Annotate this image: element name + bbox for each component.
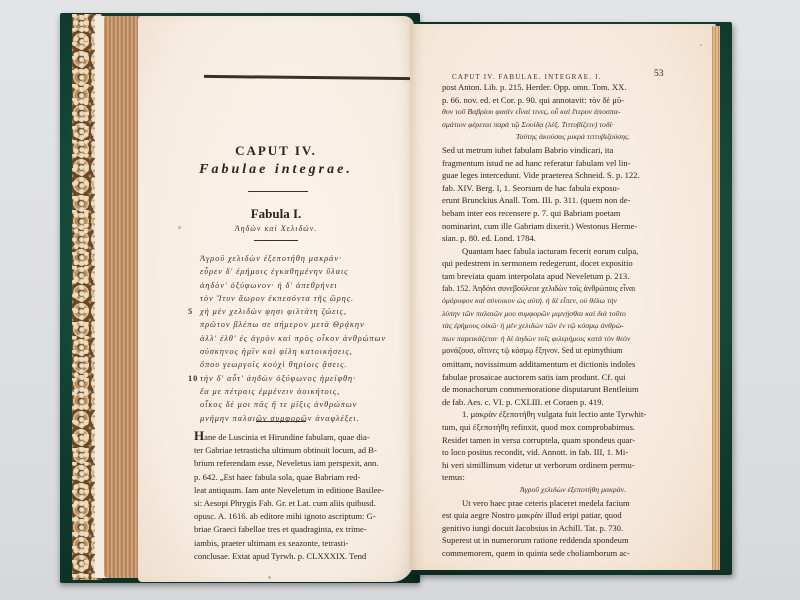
commentary-line: leat antiquum. Iam ante Neveletum in edi… — [194, 484, 414, 497]
poem-text: ἀηδὸν' ὀξύφωνον· ἡ δ' ἀπεθρήνει — [200, 281, 338, 290]
commentary-text: Hane de Luscinia et Hirundine fabulam, q… — [194, 429, 414, 563]
text-line: fab. XIV. Berg. I, 1. Seorsum de hac fab… — [442, 182, 704, 195]
line-number: 5 — [188, 305, 193, 318]
line-number: 10 — [188, 372, 198, 385]
text-line: de fab. Aes. c. VI. p. CXLIII. et Coraen… — [442, 396, 704, 409]
greek-poem: Ἀγροῦ χελιδὼν ἐξεποτήθη μακράν· εὗρεν δ'… — [200, 252, 410, 425]
poem-line: ὅπου γεωργοῖς κοὐχὶ θηρίοις ᾄσεις. — [200, 358, 410, 371]
text-line: Superest ut in numerorum ratione reddend… — [442, 534, 704, 547]
greek-line: λύπην τῶν παλαιῶν μου συμφορῶν μιμνῄσθαι… — [442, 308, 704, 321]
commentary-line: conclusae. Extat apud Tyrwh. p. CLXXXIX.… — [194, 550, 414, 563]
poem-line: μνήμην παλαιῶν συμφορῶν ἀναφλέξει. — [200, 412, 410, 425]
text-line: Ut vero haec prae ceteris placeret medel… — [442, 497, 704, 510]
foxing-spot — [700, 44, 702, 46]
greek-quote-line: Ταύτης ἀκούσας μικρὰ τιττυβιζούσης. — [442, 131, 704, 144]
commentary-line: ter Gabriae tetrasticha ultimum obtinuit… — [194, 444, 414, 457]
poem-text: χἠ μὲν χελιδὼν φησι φιλτάτη ζώεις, — [200, 307, 347, 316]
right-page-body: post Anton. Lib. p. 215. Herder. Opp. om… — [442, 81, 704, 560]
poem-text: τὸν Ἴτυν ἄωρον ἐκπεσόντα τῆς ὥρης. — [200, 294, 354, 303]
commentary-line: Hane de Luscinia et Hirundine fabulam, q… — [194, 429, 414, 444]
poem-line: σύσκηνος ἡμῖν καὶ φίλη κατοικήσεις, — [200, 345, 410, 358]
divider-rule — [254, 240, 298, 241]
poem-line: Ἀγροῦ χελιδὼν ἐξεποτήθη μακράν· — [200, 252, 410, 265]
poem-text: τὴν δ' αὖτ' ἀηδὼν ὀξύφωνος ἠμείφθη· — [200, 374, 356, 383]
poem-text: ὅπου γεωργοῖς κοὐχὶ θηρίοις ᾄσεις. — [200, 360, 347, 369]
text-line: hi veri simillimum videtur ut verborum o… — [442, 459, 704, 472]
text-line: bebam inter eos recensere p. 7. qui Babr… — [442, 207, 704, 220]
divider-rule — [248, 191, 308, 192]
text-line: Residet tamen in versu corruptela, quam … — [442, 434, 704, 447]
commentary-line: opusc. A. 1616. ab editore mihi ignoto a… — [194, 510, 414, 523]
drop-cap: H — [194, 428, 204, 443]
text-line: sian. p. 80. ed. Lond. 1784. — [442, 232, 704, 245]
text-line: fragmentum istud ne ad hanc referatur fa… — [442, 157, 704, 170]
right-page: CAPUT IV. FABULAE. INTEGRAE. I. 53 post … — [410, 24, 716, 570]
poem-line: τὸν Ἴτυν ἄωρον ἐκπεσόντα τῆς ὥρης. — [200, 292, 410, 305]
greek-line: ὁμόροφον καὶ σύνοικον ὡς αὐτή. ἡ δὲ εἶπε… — [442, 295, 704, 308]
text-line: temus: — [442, 471, 704, 484]
text-line: qui pedestrem in sermonem redegerunt, do… — [442, 257, 704, 270]
poem-text: πρῶτον βλέπω σε σήμερον μετὰ Θρᾴκην — [200, 320, 365, 329]
text-line: omittam, novissimum additamentum et dict… — [442, 358, 704, 371]
poem-line: 10τὴν δ' αὖτ' ἀηδὼν ὀξύφωνος ἠμείφθη· — [200, 372, 410, 385]
text-line: commemorem, quem in quinta sede choliamb… — [442, 547, 704, 560]
fable-title: Fabula I. — [138, 206, 414, 222]
commentary-line: iambis, praeter ultimam ex seazonte, tet… — [194, 537, 414, 550]
book-photo: CAPUT IV. Fabulae integrae. Fabula I. Ἀη… — [0, 0, 800, 600]
poem-text: σύσκηνος ἡμῖν καὶ φίλη κατοικήσεις, — [200, 347, 353, 356]
text-line: tum, qui ἐξεποτήθη refinxit, quod mox co… — [442, 421, 704, 434]
text-line: μονάζουσ, οἵτινες τῷ κόσμῳ ἔξηνον. Sed u… — [442, 345, 704, 358]
text-line: Quantam haec fabula iacturam fecerit eor… — [442, 245, 704, 258]
text-line: post Anton. Lib. p. 215. Herder. Opp. om… — [442, 81, 704, 94]
foxing-spot — [268, 576, 271, 579]
page-number: 53 — [654, 69, 664, 79]
commentary-line-text: ane de Luscinia et Hirundine fabulam, qu… — [204, 432, 370, 442]
text-line: 1. μακρὰν ἐξεποτήθη vulgata fuit lectio … — [442, 408, 704, 421]
text-line: de monachorum commemoratione disputarunt… — [442, 383, 704, 396]
text-line: nominarint, cum ille Gabriam dixerit.) W… — [442, 220, 704, 233]
commentary-line: brium referendam esse, Neveletus iam per… — [194, 457, 414, 470]
header-rule — [204, 75, 412, 80]
poem-line: εὗρεν δ' ἐρήμοις ἐγκαθημένην ὕλαις — [200, 265, 410, 278]
text-line: tam breviata quam interpolata apud Nevel… — [442, 270, 704, 283]
text-line: erunt Brunckius Anall. Tom. III. p. 311.… — [442, 194, 704, 207]
text-line: Sed ut metrum iubet fabulam Babrio vindi… — [442, 144, 704, 157]
poem-text: οἶκος δέ μοι πᾶς ἥ τε μῖξις ἀνθρώπων — [200, 400, 357, 409]
greek-line: θον τοῦ Βαβρίου φασὶν εἶναί τινες, οὗ κα… — [442, 106, 704, 119]
foxing-spot — [178, 226, 181, 229]
commentary-line: p. 642. „Est haec fabula sola, quae Babr… — [194, 471, 414, 484]
left-page: CAPUT IV. Fabulae integrae. Fabula I. Ἀη… — [138, 16, 414, 582]
greek-line: πων παρεικάζεται· ἡ δὲ ἀηδὼν τοῖς φιλερή… — [442, 333, 704, 346]
poem-line: πρῶτον βλέπω σε σήμερον μετὰ Θρᾴκην — [200, 318, 410, 331]
poem-line: ἔα με πέτραις ἐμμένειν ἀοικήτοις, — [200, 385, 410, 398]
greek-line: σμάτιον φέρεται παρὰ τῷ Σουίδᾳ (λέξ. Τιτ… — [442, 119, 704, 132]
poem-line: οἶκος δέ μοι πᾶς ἥ τε μῖξις ἀνθρώπων — [200, 398, 410, 411]
greek-quote-line: Ἀγροῦ χελιδὼν ἐξεποτήθη μακράν. — [442, 484, 704, 497]
poem-text: ἀλλ' ἐλθ' ἐς ἀγρὸν καὶ πρὸς οἶκον ἀνθρώπ… — [200, 334, 386, 343]
right-page-block-edge — [712, 26, 720, 570]
text-line: p. 66. nov. ed. et Cor. p. 90. qui annot… — [442, 94, 704, 107]
greek-line: τὰς ἐρήμους οἰκῶ· ἡ μὲν χελιδὼν τῶν ἐν τ… — [442, 320, 704, 333]
chapter-title: CAPUT IV. — [138, 143, 414, 159]
commentary-line: si: Aesopi Phrygis Fab. Gr. et Lat. cum … — [194, 497, 414, 510]
poem-line: ἀλλ' ἐλθ' ἐς ἀγρὸν καὶ πρὸς οἶκον ἀνθρώπ… — [200, 332, 410, 345]
poem-line: ἀηδὸν' ὀξύφωνον· ἡ δ' ἀπεθρήνει — [200, 279, 410, 292]
poem-text: Ἀγροῦ χελιδὼν ἐξεποτήθη μακράν· — [200, 254, 342, 263]
text-line: genitivo iungi docuit Iacobsius in Achil… — [442, 522, 704, 535]
text-line: to loco positus recondit, vid. Annott. i… — [442, 446, 704, 459]
commentary-line: briae Graeci fabellae tres et quadragint… — [194, 523, 414, 536]
divider-rule — [256, 421, 306, 422]
chapter-subtitle: Fabulae integrae. — [138, 162, 414, 178]
text-line: guae leges intercedunt. Vide praeterea S… — [442, 169, 704, 182]
poem-text: ἔα με πέτραις ἐμμένειν ἀοικήτοις, — [200, 387, 340, 396]
text-line: fabulae prosaicae auctorem satis iam pro… — [442, 371, 704, 384]
running-head: CAPUT IV. FABULAE. INTEGRAE. I. — [452, 73, 652, 81]
foxing-spot — [515, 529, 517, 531]
text-line: fab. 152. Ἀηδόνι συνεβούλευε χελιδὼν τοῖ… — [442, 283, 704, 296]
text-line: est quia aegre Nostro μακρὰν illud eripi… — [442, 509, 704, 522]
poem-line: 5χἠ μὲν χελιδὼν φησι φιλτάτη ζώεις, — [200, 305, 410, 318]
poem-text: εὗρεν δ' ἐρήμοις ἐγκαθημένην ὕλαις — [200, 267, 348, 276]
